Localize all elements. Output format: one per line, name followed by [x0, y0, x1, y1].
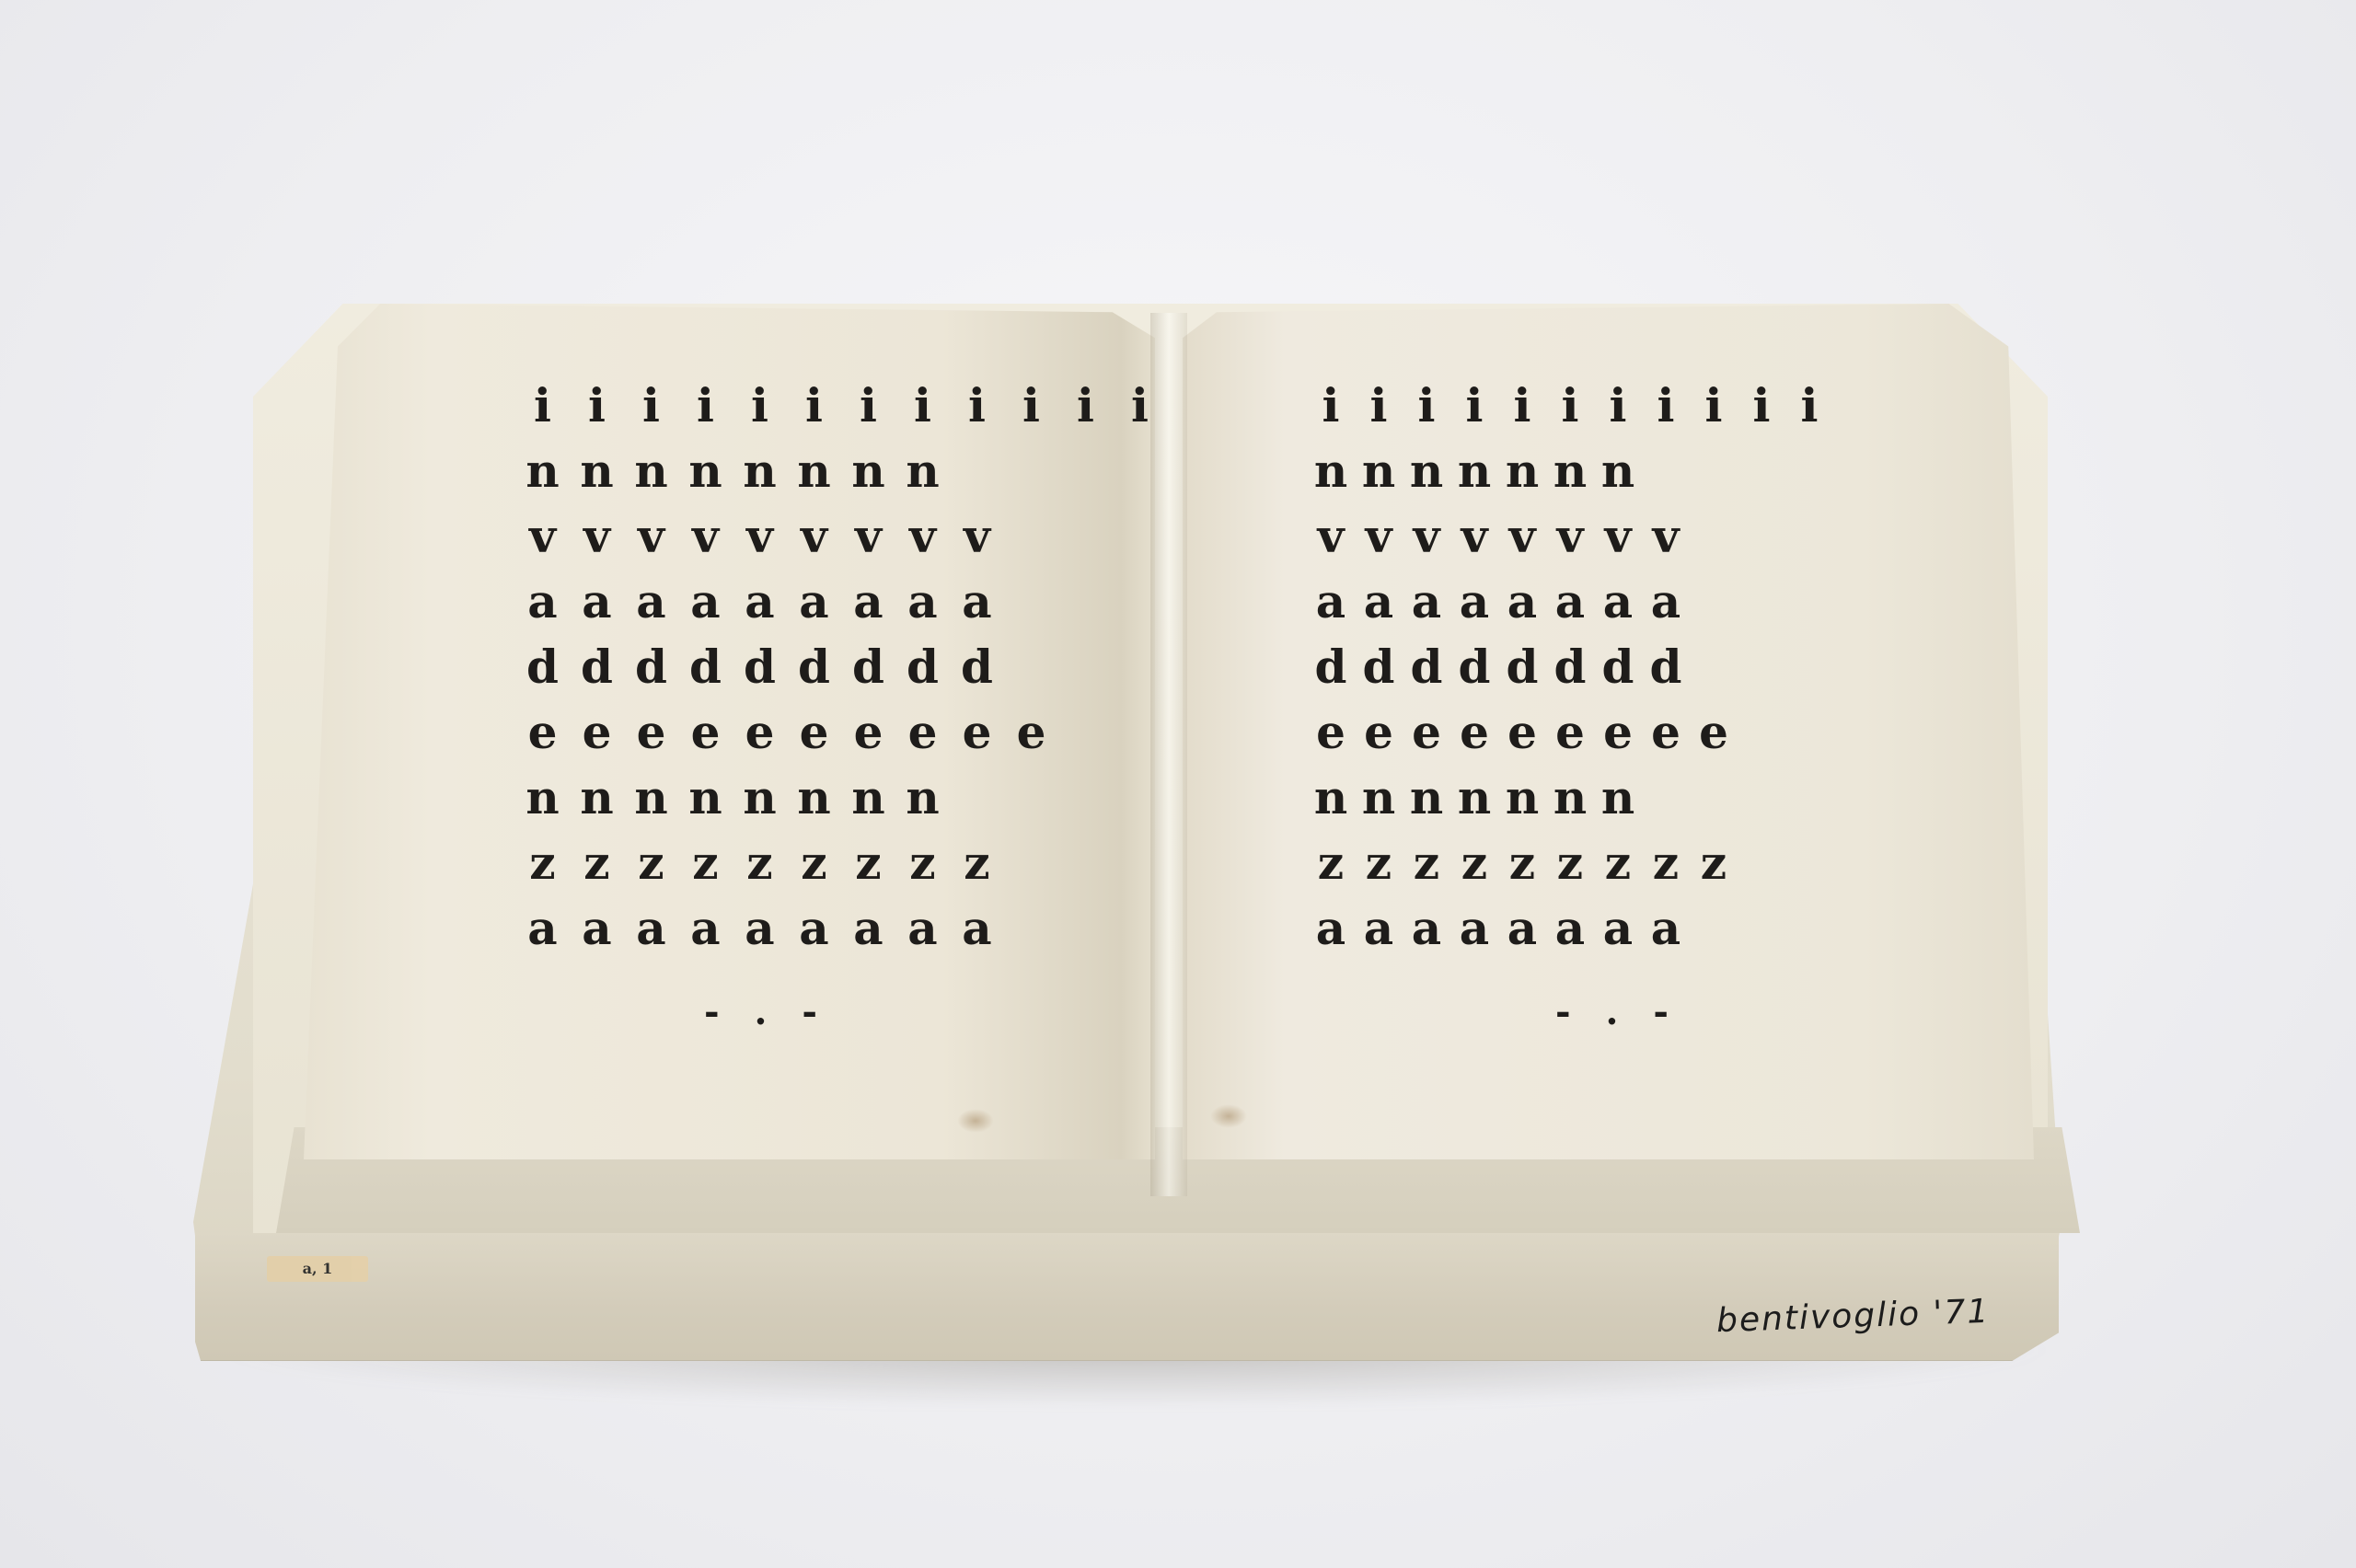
glyph: a [515, 569, 570, 634]
glyph: z [733, 830, 787, 895]
glyph: v [1355, 503, 1403, 569]
glyph: a [1594, 569, 1642, 634]
page-ellipsis: - . - [515, 990, 1104, 1033]
glyph: v [570, 503, 624, 569]
glyph: i [1004, 373, 1058, 438]
letter-row: dddddddd [1307, 634, 1896, 699]
glyph: e [733, 699, 787, 765]
glyph: d [1355, 634, 1403, 699]
glyph: z [1498, 830, 1546, 895]
glyph: i [787, 373, 841, 438]
glyph: a [1498, 895, 1546, 961]
glyph: z [1403, 830, 1450, 895]
glyph: d [841, 634, 895, 699]
letter-row: iiiiiiiiiiii [515, 373, 1104, 438]
photo-scene: iiiiiiiiiiii nnnnnnnn vvvvvvvvv aaaaaaaa… [0, 0, 2356, 1568]
glyph: d [1450, 634, 1498, 699]
glyph: n [1498, 765, 1546, 830]
glyph: n [733, 438, 787, 503]
glyph: e [950, 699, 1004, 765]
glyph: z [841, 830, 895, 895]
letter-row: nnnnnnnn [515, 765, 1104, 830]
glyph: n [1307, 765, 1355, 830]
glyph: z [515, 830, 570, 895]
glyph: d [1307, 634, 1355, 699]
glyph: d [515, 634, 570, 699]
letter-row: nnnnnnnn [515, 438, 1104, 503]
glyph: n [624, 438, 678, 503]
glyph: e [1594, 699, 1642, 765]
glyph: d [733, 634, 787, 699]
glyph: n [515, 765, 570, 830]
glyph: z [1546, 830, 1594, 895]
base-label-fragment: a, 1 [267, 1256, 368, 1282]
glyph: n [787, 765, 841, 830]
page-ellipsis: - . - [1307, 990, 1896, 1033]
glyph: n [1498, 438, 1546, 503]
glyph: a [1642, 569, 1690, 634]
letter-row: aaaaaaaaa [515, 569, 1104, 634]
glyph: e [1307, 699, 1355, 765]
glyph: a [515, 895, 570, 961]
glyph: n [895, 765, 950, 830]
glyph: v [624, 503, 678, 569]
glyph: i [1307, 373, 1355, 438]
glyph: a [1403, 895, 1450, 961]
glyph: n [624, 765, 678, 830]
glyph: e [1690, 699, 1738, 765]
glyph: n [1594, 438, 1642, 503]
glyph: a [1642, 895, 1690, 961]
glyph: v [841, 503, 895, 569]
stain-mark [1210, 1104, 1247, 1128]
glyph: a [841, 895, 895, 961]
glyph: i [1355, 373, 1403, 438]
glyph: z [1642, 830, 1690, 895]
glyph: d [895, 634, 950, 699]
glyph: i [1113, 373, 1167, 438]
glyph: z [1450, 830, 1498, 895]
glyph: n [1546, 765, 1594, 830]
glyph: n [841, 765, 895, 830]
glyph: i [1058, 373, 1113, 438]
glyph: a [624, 895, 678, 961]
glyph: n [1307, 438, 1355, 503]
glyph: e [1546, 699, 1594, 765]
glyph: e [570, 699, 624, 765]
glyph: i [1450, 373, 1498, 438]
glyph: i [1546, 373, 1594, 438]
glyph: d [678, 634, 733, 699]
glyph: d [624, 634, 678, 699]
letter-row: eeeeeeeee [1307, 699, 1896, 765]
glyph: i [950, 373, 1004, 438]
glyph: i [515, 373, 570, 438]
glyph: v [1642, 503, 1690, 569]
glyph: z [1594, 830, 1642, 895]
glyph: i [1738, 373, 1785, 438]
book-spine-gutter [1150, 313, 1187, 1196]
glyph: n [1450, 438, 1498, 503]
glyph: a [787, 569, 841, 634]
glyph: a [570, 569, 624, 634]
glyph: i [841, 373, 895, 438]
glyph: n [1355, 765, 1403, 830]
glyph: n [1594, 765, 1642, 830]
glyph: d [1594, 634, 1642, 699]
glyph: n [570, 765, 624, 830]
glyph: n [733, 765, 787, 830]
glyph: e [787, 699, 841, 765]
glyph: v [515, 503, 570, 569]
glyph: a [570, 895, 624, 961]
glyph: a [733, 569, 787, 634]
glyph: a [950, 569, 1004, 634]
glyph: z [950, 830, 1004, 895]
glyph: a [1355, 895, 1403, 961]
glyph: v [950, 503, 1004, 569]
glyph: a [678, 569, 733, 634]
letter-row: aaaaaaaaa [515, 895, 1104, 961]
glyph: v [1498, 503, 1546, 569]
glyph: a [895, 569, 950, 634]
glyph: d [1403, 634, 1450, 699]
glyph: d [787, 634, 841, 699]
glyph: v [733, 503, 787, 569]
glyph: i [1642, 373, 1690, 438]
glyph: e [1355, 699, 1403, 765]
glyph: a [624, 569, 678, 634]
glyph: z [787, 830, 841, 895]
glyph: a [1450, 569, 1498, 634]
glyph: i [733, 373, 787, 438]
glyph: n [1355, 438, 1403, 503]
glyph: a [1498, 569, 1546, 634]
glyph: i [1785, 373, 1833, 438]
glyph: i [1594, 373, 1642, 438]
glyph: a [1307, 895, 1355, 961]
glyph: a [1403, 569, 1450, 634]
glyph: i [1403, 373, 1450, 438]
glyph: n [841, 438, 895, 503]
glyph: v [895, 503, 950, 569]
letter-row: vvvvvvvv [1307, 503, 1896, 569]
glyph: n [895, 438, 950, 503]
glyph: z [895, 830, 950, 895]
glyph: e [895, 699, 950, 765]
letter-row: eeeeeeeeee [515, 699, 1104, 765]
glyph: n [1403, 765, 1450, 830]
glyph: e [624, 699, 678, 765]
glyph: z [1355, 830, 1403, 895]
letter-row: nnnnnnn [1307, 765, 1896, 830]
glyph: i [678, 373, 733, 438]
left-page-text: iiiiiiiiiiii nnnnnnnn vvvvvvvvv aaaaaaaa… [515, 373, 1104, 1033]
glyph: n [1450, 765, 1498, 830]
glyph: n [570, 438, 624, 503]
glyph: v [678, 503, 733, 569]
glyph: e [1642, 699, 1690, 765]
glyph: z [1690, 830, 1738, 895]
glyph: a [1546, 895, 1594, 961]
glyph: d [1498, 634, 1546, 699]
glyph: a [678, 895, 733, 961]
glyph: i [570, 373, 624, 438]
glyph: a [787, 895, 841, 961]
glyph: e [1498, 699, 1546, 765]
glyph: a [841, 569, 895, 634]
glyph: v [1450, 503, 1498, 569]
glyph: e [1450, 699, 1498, 765]
glyph: e [515, 699, 570, 765]
glyph: a [1450, 895, 1498, 961]
glyph: d [950, 634, 1004, 699]
glyph: i [895, 373, 950, 438]
glyph: n [678, 765, 733, 830]
glyph: n [787, 438, 841, 503]
letter-row: ddddddddd [515, 634, 1104, 699]
glyph: n [1546, 438, 1594, 503]
glyph: n [1403, 438, 1450, 503]
letter-row: aaaaaaaa [1307, 895, 1896, 961]
glyph: a [950, 895, 1004, 961]
glyph: a [1355, 569, 1403, 634]
glyph: a [1594, 895, 1642, 961]
glyph: v [1307, 503, 1355, 569]
letter-row: vvvvvvvvv [515, 503, 1104, 569]
glyph: z [1307, 830, 1355, 895]
glyph: n [678, 438, 733, 503]
letter-row: zzzzzzzzz [515, 830, 1104, 895]
base-front-edge [195, 1233, 2059, 1361]
glyph: i [624, 373, 678, 438]
glyph: e [1403, 699, 1450, 765]
glyph: a [733, 895, 787, 961]
stain-mark [957, 1109, 994, 1133]
glyph: n [515, 438, 570, 503]
glyph: z [624, 830, 678, 895]
glyph: v [1546, 503, 1594, 569]
glyph: v [1594, 503, 1642, 569]
glyph: d [570, 634, 624, 699]
glyph: d [1642, 634, 1690, 699]
glyph: z [678, 830, 733, 895]
glyph: v [1403, 503, 1450, 569]
letter-row: aaaaaaaa [1307, 569, 1896, 634]
letter-row: zzzzzzzzz [1307, 830, 1896, 895]
glyph: a [895, 895, 950, 961]
glyph: d [1546, 634, 1594, 699]
glyph: i [1498, 373, 1546, 438]
letter-row: iiiiiiiiiii [1307, 373, 1896, 438]
glyph: e [678, 699, 733, 765]
letter-row: nnnnnnn [1307, 438, 1896, 503]
glyph: a [1546, 569, 1594, 634]
glyph: e [1004, 699, 1058, 765]
glyph: a [1307, 569, 1355, 634]
glyph: i [1690, 373, 1738, 438]
glyph: e [841, 699, 895, 765]
glyph: v [787, 503, 841, 569]
right-page-text: iiiiiiiiiii nnnnnnn vvvvvvvv aaaaaaaa dd… [1307, 373, 1896, 1033]
glyph: z [570, 830, 624, 895]
